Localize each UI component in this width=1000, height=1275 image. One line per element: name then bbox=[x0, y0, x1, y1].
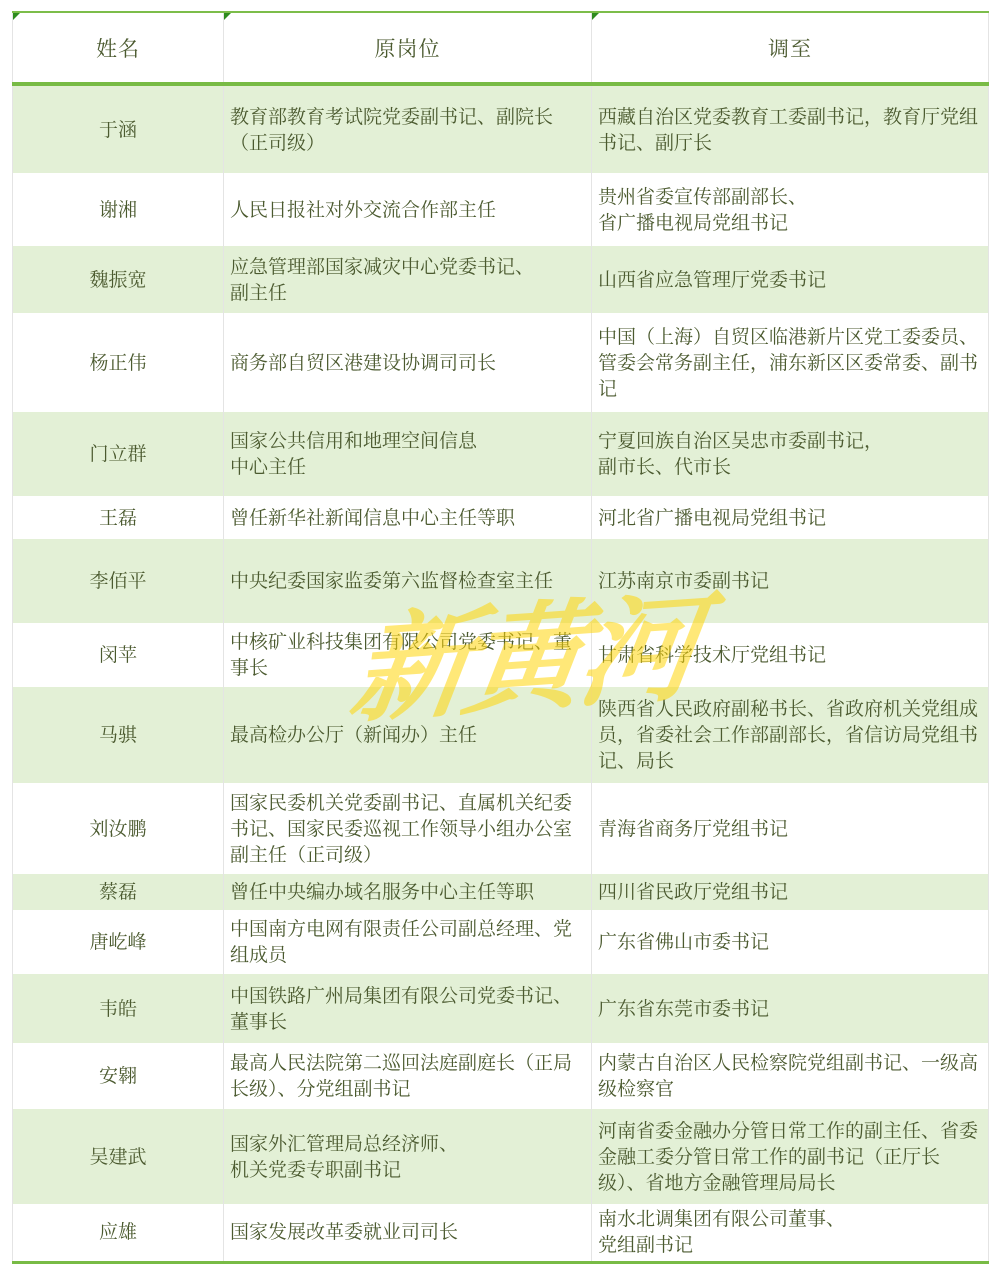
corner-marker-icon bbox=[224, 13, 231, 20]
cell-name: 闵苹 bbox=[13, 623, 224, 687]
cell-original-post: 最高人民法院第二巡回法庭副庭长（正局长级）、分党组副书记 bbox=[224, 1043, 592, 1109]
table-row: 杨正伟商务部自贸区港建设协调司司长中国（上海）自贸区临港新片区党工委委员、管委会… bbox=[13, 313, 989, 412]
table-row: 刘汝鹏国家民委机关党委副书记、直属机关纪委书记、国家民委巡视工作领导小组办公室副… bbox=[13, 783, 989, 874]
cell-name: 吴建武 bbox=[13, 1109, 224, 1204]
cell-original-post: 国家公共信用和地理空间信息 中心主任 bbox=[224, 412, 592, 496]
header-original-post-label: 原岗位 bbox=[375, 37, 441, 61]
header-name-label: 姓名 bbox=[96, 37, 140, 61]
cell-name: 谢湘 bbox=[13, 173, 224, 246]
cell-original-post: 中国铁路广州局集团有限公司党委书记、董事长 bbox=[224, 974, 592, 1043]
cell-new-post: 西藏自治区党委教育工委副书记，教育厅党组书记、副厅长 bbox=[592, 84, 989, 173]
cell-new-post: 河北省广播电视局党组书记 bbox=[592, 496, 989, 539]
table-row: 吴建武国家外汇管理局总经济师、 机关党委专职副书记河南省委金融办分管日常工作的副… bbox=[13, 1109, 989, 1204]
cell-new-post: 广东省佛山市委书记 bbox=[592, 910, 989, 974]
cell-original-post: 商务部自贸区港建设协调司司长 bbox=[224, 313, 592, 412]
cell-new-post: 河南省委金融办分管日常工作的副主任、省委金融工委分管日常工作的副书记（正厅长级）… bbox=[592, 1109, 989, 1204]
cell-original-post: 中核矿业科技集团有限公司党委书记、董事长 bbox=[224, 623, 592, 687]
cell-new-post: 陕西省人民政府副秘书长、省政府机关党组成员，省委社会工作部副部长，省信访局党组书… bbox=[592, 687, 989, 783]
appointments-table: 姓名 原岗位 调至 于涵教育部教育考试院党委副书记、副院长（正司级）西藏自治区党… bbox=[12, 11, 989, 1264]
cell-new-post: 宁夏回族自治区吴忠市委副书记， 副市长、代市长 bbox=[592, 412, 989, 496]
cell-name: 安翱 bbox=[13, 1043, 224, 1109]
cell-original-post: 国家外汇管理局总经济师、 机关党委专职副书记 bbox=[224, 1109, 592, 1204]
header-name: 姓名 bbox=[13, 12, 224, 84]
table-row: 马骐最高检办公厅（新闻办）主任陕西省人民政府副秘书长、省政府机关党组成员，省委社… bbox=[13, 687, 989, 783]
cell-new-post: 贵州省委宣传部副部长、 省广播电视局党组书记 bbox=[592, 173, 989, 246]
header-new-post-label: 调至 bbox=[768, 37, 812, 61]
table-row: 门立群国家公共信用和地理空间信息 中心主任宁夏回族自治区吴忠市委副书记， 副市长… bbox=[13, 412, 989, 496]
cell-original-post: 人民日报社对外交流合作部主任 bbox=[224, 173, 592, 246]
table-row: 闵苹中核矿业科技集团有限公司党委书记、董事长甘肃省科学技术厅党组书记 bbox=[13, 623, 989, 687]
cell-name: 刘汝鹏 bbox=[13, 783, 224, 874]
header-original-post: 原岗位 bbox=[224, 12, 592, 84]
table-row: 唐屹峰中国南方电网有限责任公司副总经理、党组成员广东省佛山市委书记 bbox=[13, 910, 989, 974]
cell-name: 马骐 bbox=[13, 687, 224, 783]
cell-name: 唐屹峰 bbox=[13, 910, 224, 974]
table-body: 于涵教育部教育考试院党委副书记、副院长（正司级）西藏自治区党委教育工委副书记，教… bbox=[13, 84, 989, 1262]
cell-original-post: 中央纪委国家监委第六监督检查室主任 bbox=[224, 539, 592, 623]
table-row: 韦皓中国铁路广州局集团有限公司党委书记、董事长广东省东莞市委书记 bbox=[13, 974, 989, 1043]
cell-new-post: 南水北调集团有限公司董事、 党组副书记 bbox=[592, 1204, 989, 1262]
table-row: 于涵教育部教育考试院党委副书记、副院长（正司级）西藏自治区党委教育工委副书记，教… bbox=[13, 84, 989, 173]
table-row: 蔡磊曾任中央编办域名服务中心主任等职四川省民政厅党组书记 bbox=[13, 874, 989, 910]
cell-original-post: 曾任新华社新闻信息中心主任等职 bbox=[224, 496, 592, 539]
table-row: 王磊曾任新华社新闻信息中心主任等职河北省广播电视局党组书记 bbox=[13, 496, 989, 539]
table-row: 魏振宽应急管理部国家减灾中心党委书记、 副主任山西省应急管理厅党委书记 bbox=[13, 246, 989, 313]
cell-original-post: 曾任中央编办域名服务中心主任等职 bbox=[224, 874, 592, 910]
cell-name: 应雄 bbox=[13, 1204, 224, 1262]
cell-new-post: 广东省东莞市委书记 bbox=[592, 974, 989, 1043]
cell-name: 王磊 bbox=[13, 496, 224, 539]
cell-new-post: 江苏南京市委副书记 bbox=[592, 539, 989, 623]
cell-new-post: 内蒙古自治区人民检察院党组副书记、一级高级检察官 bbox=[592, 1043, 989, 1109]
cell-original-post: 最高检办公厅（新闻办）主任 bbox=[224, 687, 592, 783]
appointments-table-container: 姓名 原岗位 调至 于涵教育部教育考试院党委副书记、副院长（正司级）西藏自治区党… bbox=[12, 11, 988, 1264]
corner-marker-icon bbox=[592, 13, 599, 20]
cell-name: 李佰平 bbox=[13, 539, 224, 623]
table-row: 安翱最高人民法院第二巡回法庭副庭长（正局长级）、分党组副书记内蒙古自治区人民检察… bbox=[13, 1043, 989, 1109]
cell-name: 魏振宽 bbox=[13, 246, 224, 313]
cell-new-post: 山西省应急管理厅党委书记 bbox=[592, 246, 989, 313]
header-new-post: 调至 bbox=[592, 12, 989, 84]
cell-name: 蔡磊 bbox=[13, 874, 224, 910]
cell-original-post: 国家民委机关党委副书记、直属机关纪委书记、国家民委巡视工作领导小组办公室副主任（… bbox=[224, 783, 592, 874]
corner-marker-icon bbox=[13, 13, 20, 20]
cell-new-post: 中国（上海）自贸区临港新片区党工委委员、管委会常务副主任，浦东新区区委常委、副书… bbox=[592, 313, 989, 412]
cell-new-post: 四川省民政厅党组书记 bbox=[592, 874, 989, 910]
cell-new-post: 青海省商务厅党组书记 bbox=[592, 783, 989, 874]
cell-original-post: 国家发展改革委就业司司长 bbox=[224, 1204, 592, 1262]
table-row: 李佰平中央纪委国家监委第六监督检查室主任江苏南京市委副书记 bbox=[13, 539, 989, 623]
cell-original-post: 应急管理部国家减灾中心党委书记、 副主任 bbox=[224, 246, 592, 313]
cell-original-post: 中国南方电网有限责任公司副总经理、党组成员 bbox=[224, 910, 592, 974]
cell-original-post: 教育部教育考试院党委副书记、副院长（正司级） bbox=[224, 84, 592, 173]
cell-name: 杨正伟 bbox=[13, 313, 224, 412]
header-row: 姓名 原岗位 调至 bbox=[13, 12, 989, 84]
cell-new-post: 甘肃省科学技术厅党组书记 bbox=[592, 623, 989, 687]
cell-name: 门立群 bbox=[13, 412, 224, 496]
table-header: 姓名 原岗位 调至 bbox=[13, 12, 989, 84]
cell-name: 韦皓 bbox=[13, 974, 224, 1043]
table-row: 应雄国家发展改革委就业司司长南水北调集团有限公司董事、 党组副书记 bbox=[13, 1204, 989, 1262]
cell-name: 于涵 bbox=[13, 84, 224, 173]
table-row: 谢湘人民日报社对外交流合作部主任贵州省委宣传部副部长、 省广播电视局党组书记 bbox=[13, 173, 989, 246]
